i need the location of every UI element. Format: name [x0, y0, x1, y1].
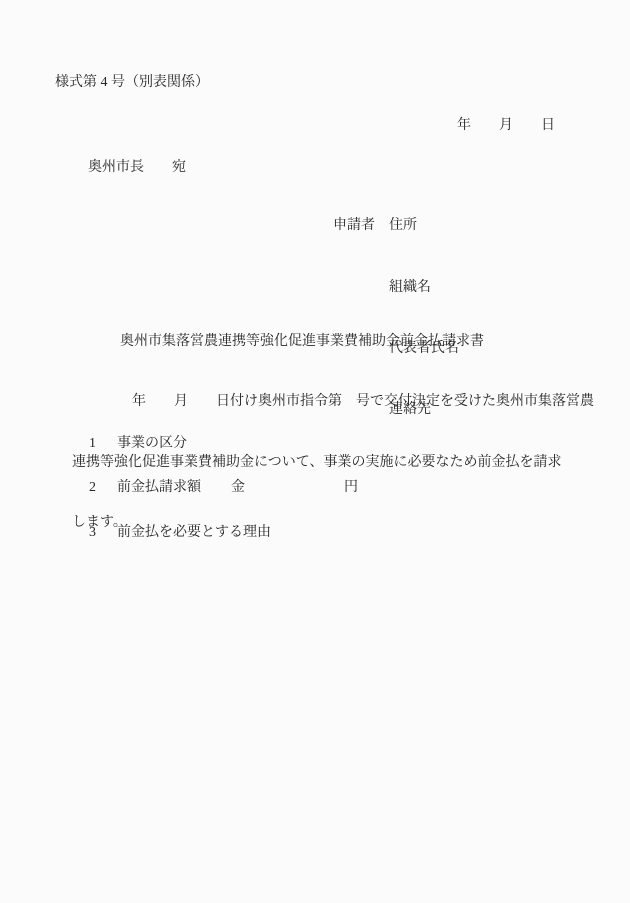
addressee: 奥州市長 宛: [88, 158, 186, 178]
body-line-1: 年 月 日付け奥州市指令第 号で交付決定を受けた奥州市集落営農: [72, 392, 572, 412]
item-advance-payment-reason: 3前金払を必要とする理由: [75, 503, 271, 563]
item-1-label: 事業の区分: [117, 436, 187, 451]
applicant-label: 申請者: [333, 216, 389, 236]
document-page: 様式第 4 号（別表関係） 年 月 日 奥州市長 宛 申請者住所 組織名 代表者…: [0, 0, 630, 903]
item-3-number: 3: [89, 523, 117, 543]
item-3-label: 前金払を必要とする理由: [117, 525, 271, 540]
date-line: 年 月 日: [457, 116, 555, 136]
document-title: 奥州市集落営農連携等強化促進事業費補助金前金払請求書: [72, 332, 572, 352]
applicant-row-address: 申請者住所: [312, 196, 459, 257]
item-2-label: 前金払請求額: [117, 480, 201, 495]
amount-unit: 円: [344, 480, 358, 495]
applicant-address-label: 住所: [389, 218, 417, 233]
form-number: 様式第 4 号（別表関係）: [55, 73, 209, 93]
amount-prefix: 金: [231, 480, 245, 495]
item-2-number: 2: [89, 478, 117, 498]
item-1-number: 1: [89, 434, 117, 454]
